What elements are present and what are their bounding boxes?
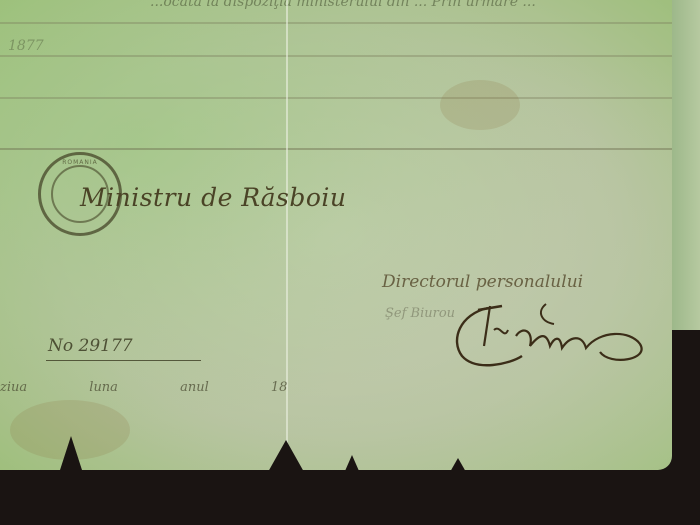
underline [46,360,201,361]
ruled-line [0,22,672,24]
date-year-label: anul [180,380,209,395]
top-left-mark: 1877 [8,38,44,54]
fold-line-vertical [286,0,288,470]
signature [450,300,660,372]
director-title: Directorul personalului [382,272,583,292]
ruled-line [0,97,672,99]
date-prefix: ziua [0,380,27,395]
stain [440,80,520,130]
document-paper: ...ocată la dispoziţia ministerului din … [0,0,672,470]
fold-line-horizontal [0,148,672,150]
paper-edge [672,0,700,330]
date-line: ziua luna anul 18 [0,380,345,395]
faint-stamp: Şef Biurou [385,306,455,321]
ruled-line [0,55,672,57]
date-year-suffix: 18 [271,380,288,395]
top-partial-text: ...ocată la dispoziţia ministerului din … [150,0,650,10]
ministry-heading: Ministru de Răsboiu [80,183,347,212]
date-month-label: luna [89,380,118,395]
registration-number: No 29177 [48,336,133,356]
